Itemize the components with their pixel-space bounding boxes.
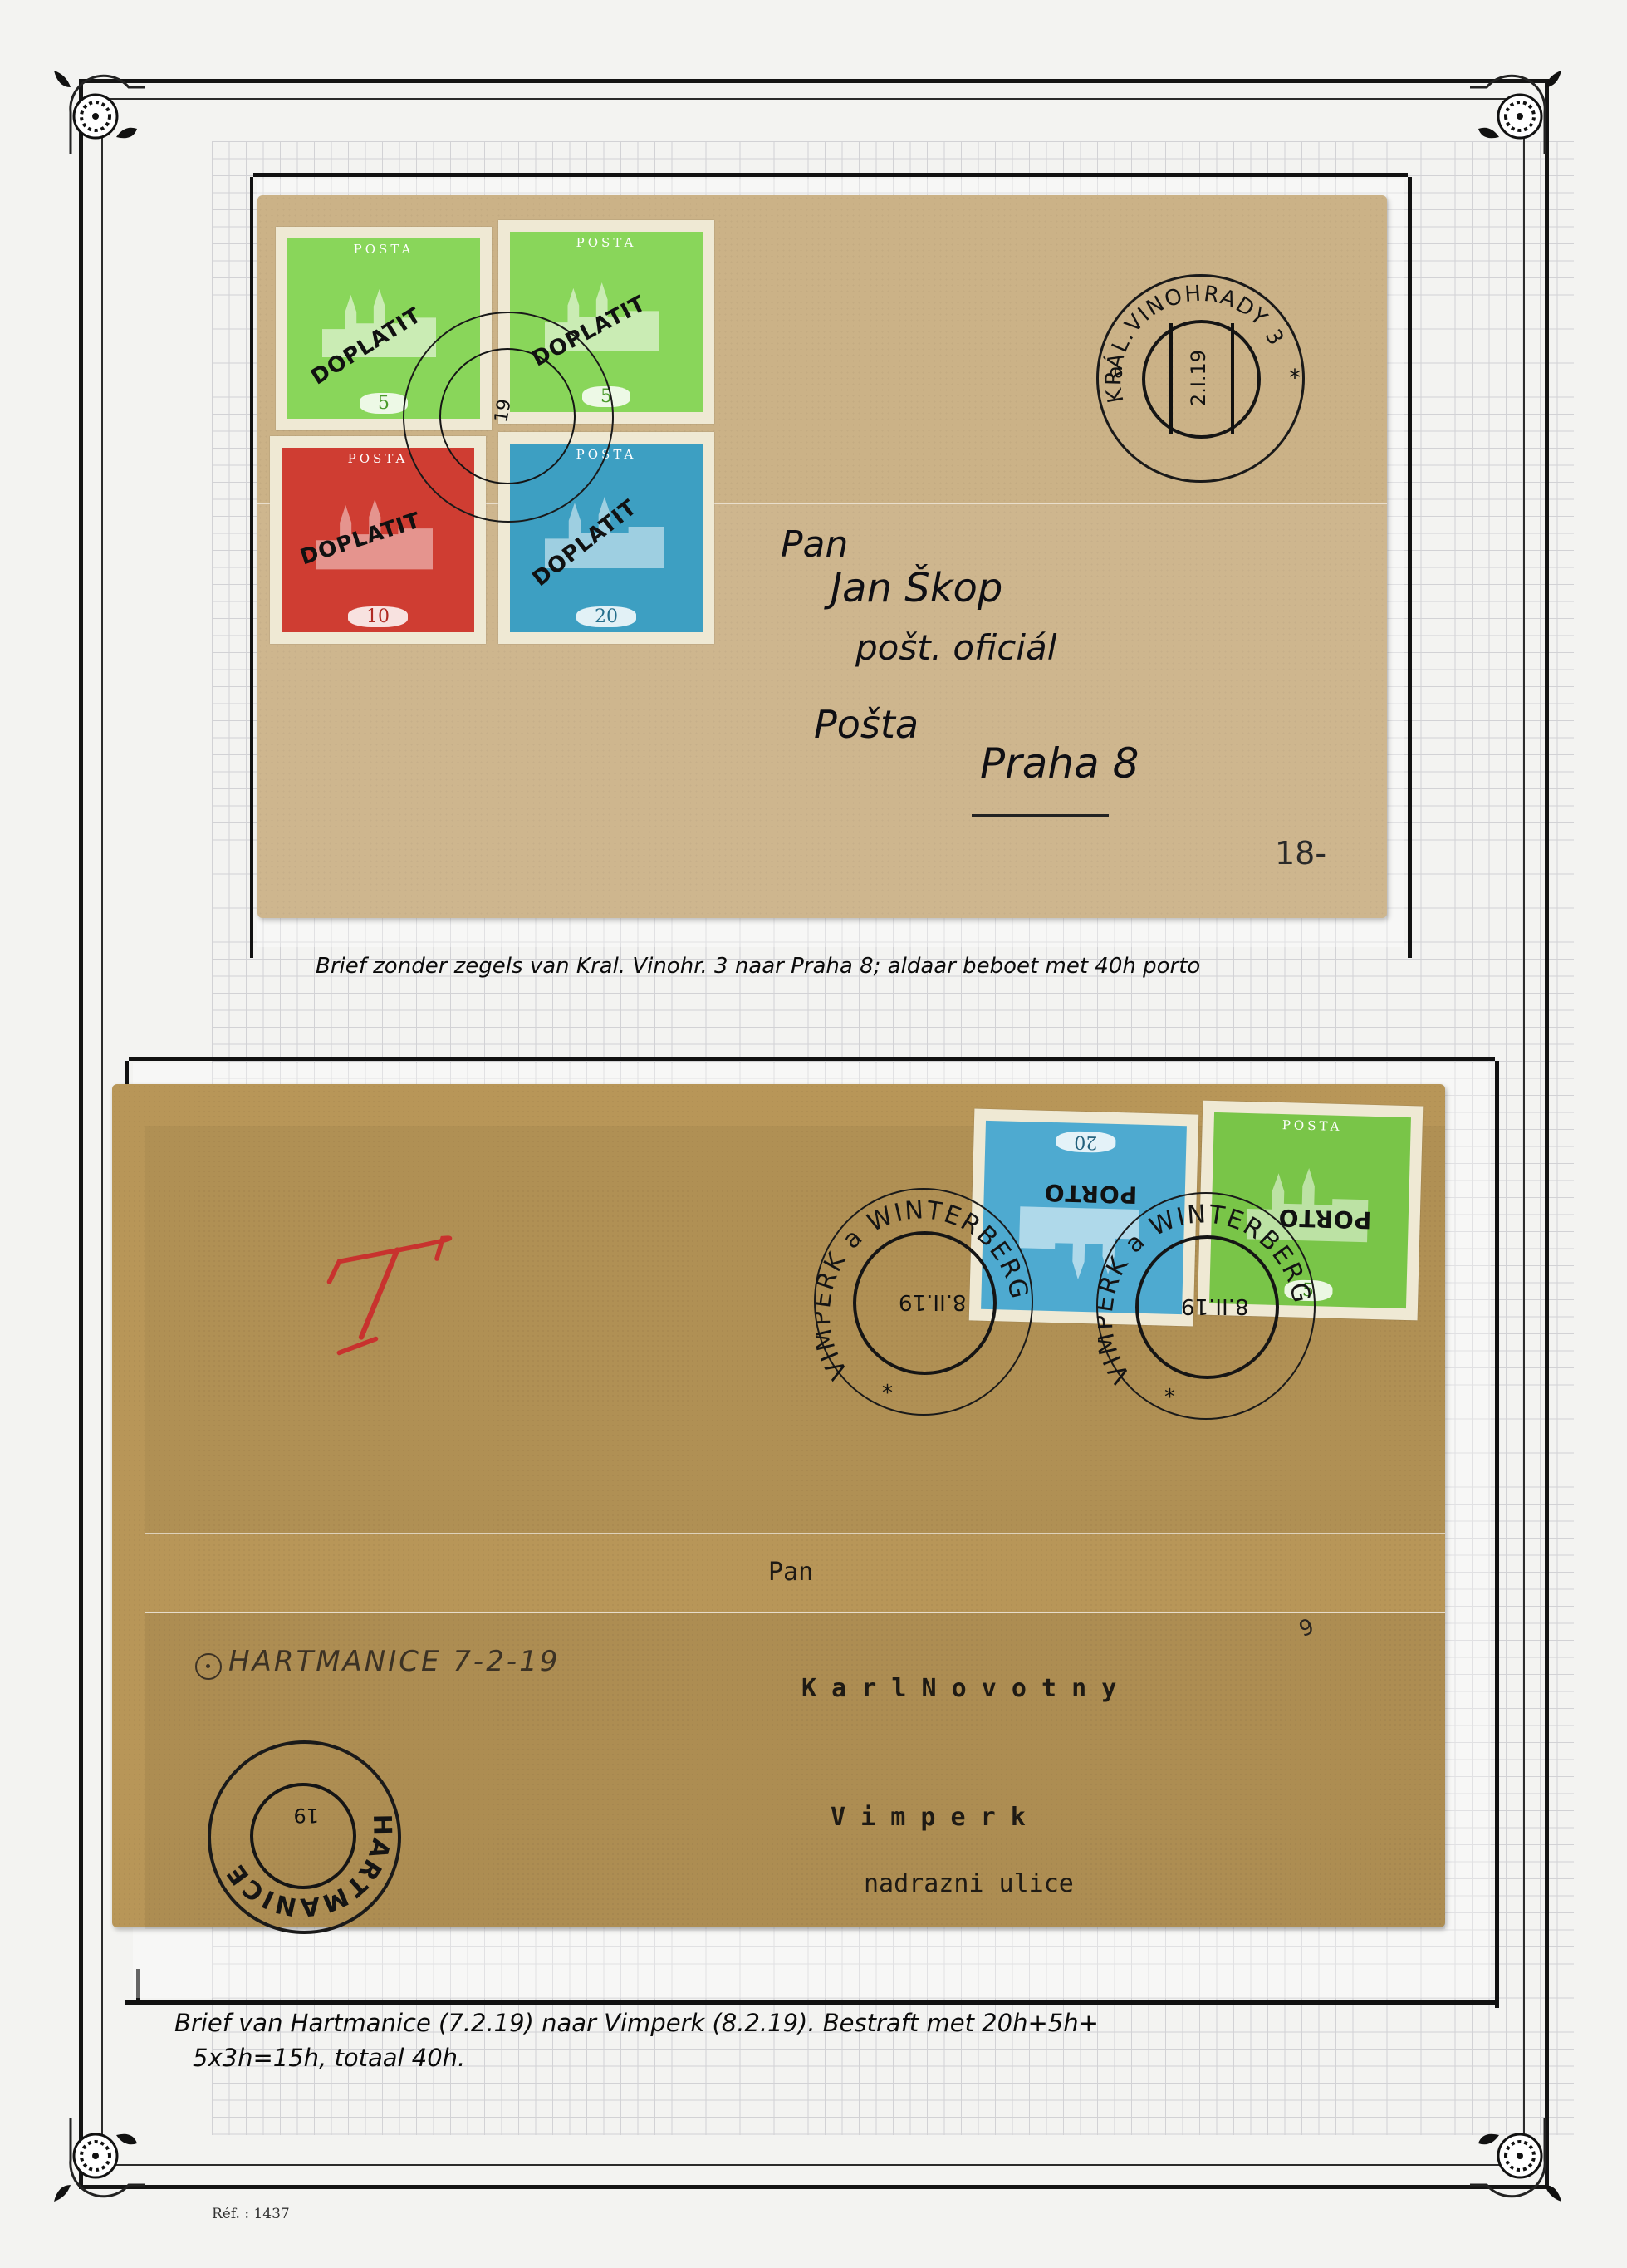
stamp-header: POSTA xyxy=(1213,1116,1410,1136)
postmark-date: 2.I.19 xyxy=(1187,336,1210,420)
postmark-date: 19 xyxy=(293,1804,319,1827)
postmark-date: 8.II.19 xyxy=(899,1289,967,1314)
postmark-vimperk-2: VIMPERK a WINTERBERG 8.II.19 * xyxy=(1096,1192,1316,1420)
origin-postmark-symbol-icon xyxy=(195,1653,222,1680)
tax-mark-t-icon xyxy=(303,1200,478,1375)
stamp-value: 5 xyxy=(360,393,408,414)
address-city: V i m p e r k xyxy=(831,1803,1026,1832)
address-title: pošt. oficiál xyxy=(855,627,1056,668)
cancel-date: 19 xyxy=(491,398,515,425)
stamp-value: 20 xyxy=(576,606,636,627)
star-icon: * xyxy=(1289,364,1301,391)
postmark-vimperk-1: VIMPERK a WINTERBERG 8.II.19 * xyxy=(814,1188,1033,1416)
address-salutation: Pan xyxy=(781,523,848,566)
cover-1-caption: Brief zonder zegels van Kral. Vinohr. 3 … xyxy=(316,954,1200,979)
address-name: Jan Škop xyxy=(831,565,1002,611)
cover-1-envelope[interactable]: POSTA 5 DOPLATIT POSTA 5 DOPLATIT POSTA … xyxy=(257,195,1387,918)
address-underline xyxy=(972,814,1109,817)
price-note: 18- xyxy=(1275,835,1326,871)
origin-pencil-note: HARTMANICE 7-2-19 xyxy=(228,1645,560,1678)
stamp-value: 20 xyxy=(1056,1131,1116,1153)
ornament-corner-top-right-icon xyxy=(1470,54,1578,162)
cover-2-envelope[interactable]: T 20 PORTO POSTA 5 PORTO VIMPERK a WINTE… xyxy=(112,1084,1445,1927)
cover-2-caption-line-2: 5x3h=15h, totaal 40h. xyxy=(193,2044,465,2072)
address-street: nadrazni ulice xyxy=(864,1869,1074,1898)
cover-2-caption-line-1: Brief van Hartmanice (7.2.19) naar Vimpe… xyxy=(174,2009,1099,2037)
ornament-corner-bottom-left-icon xyxy=(37,2110,145,2218)
address-salutation: Pan xyxy=(768,1558,813,1587)
stamp-header: POSTA xyxy=(510,235,703,250)
address-office: Pošta xyxy=(814,702,919,747)
star-icon: * xyxy=(882,1381,893,1406)
ornament-corner-top-left-icon xyxy=(37,54,145,162)
star-icon: * xyxy=(1164,1385,1175,1410)
postmark-date: 8.II.19 xyxy=(1181,1294,1249,1318)
stamp-value: 10 xyxy=(348,606,408,627)
postmark-kral-vinohrady: KRÁL.VINOHRADY 3 2.I.19 * a xyxy=(1096,274,1305,483)
album-page: POSTA 5 DOPLATIT POSTA 5 DOPLATIT POSTA … xyxy=(0,0,1627,2268)
stamp-cancellation-postmark: 19 xyxy=(403,312,614,523)
page-reference: Réf. : 1437 xyxy=(212,2206,290,2222)
ornament-corner-bottom-right-icon xyxy=(1470,2110,1578,2218)
stamp-header: POSTA xyxy=(287,242,480,257)
address-city: Praha 8 xyxy=(980,739,1139,788)
postmark-prefix: a xyxy=(1103,366,1128,379)
postmark-hartmanice: HARTMANICE 19 xyxy=(208,1740,401,1934)
address-name: K a r l N o v o t n y xyxy=(801,1674,1116,1703)
cover-2-mount-bottom xyxy=(125,2000,1499,2005)
